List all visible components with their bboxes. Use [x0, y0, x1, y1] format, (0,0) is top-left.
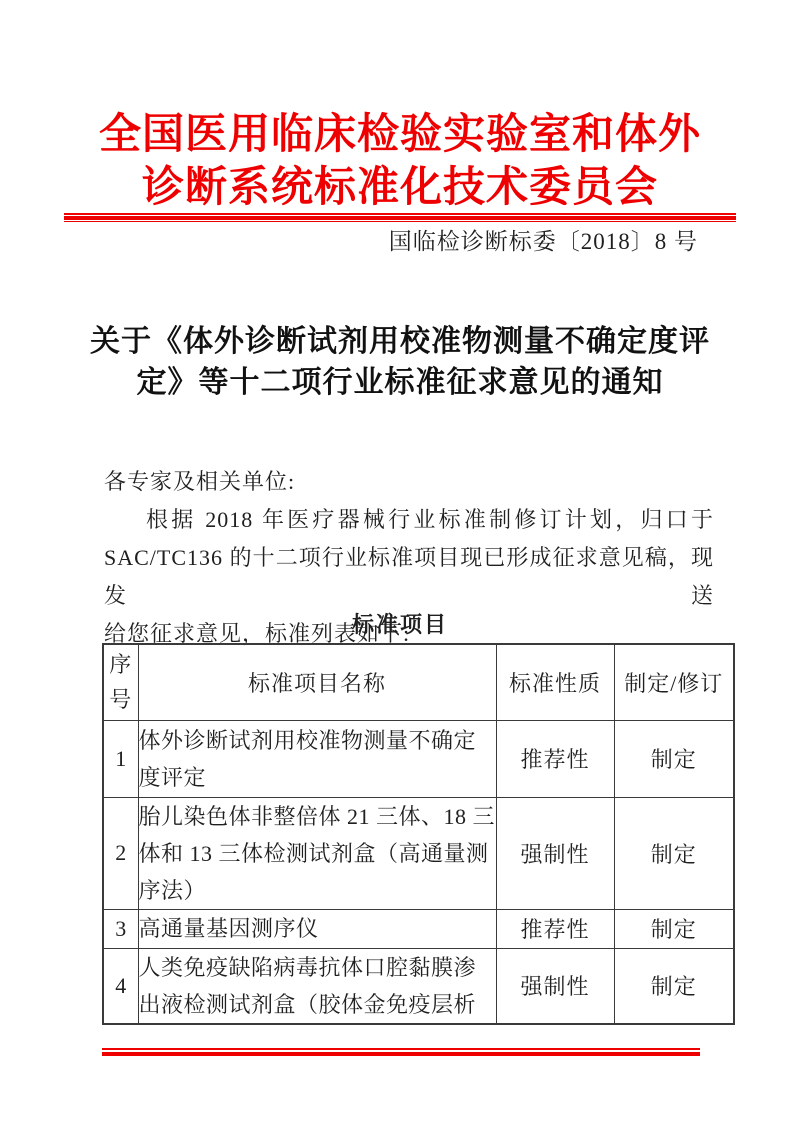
- table-row: 1 体外诊断试剂用校准物测量不确定 度评定 推荐性 制定: [103, 720, 734, 797]
- table-row: 4 人类免疫缺陷病毒抗体口腔黏膜渗 出液检测试剂盒（胶体金免疫层析 强制性 制定: [103, 948, 734, 1024]
- committee-name-line1: 全国医用临床检验实验室和体外: [0, 109, 800, 162]
- header-standard-nature: 标准性质: [496, 644, 614, 720]
- row2-name: 胎儿染色体非整倍体 21 三体、18 三 体和 13 三体检测试剂盒（高通量测 …: [138, 797, 496, 909]
- row1-nature: 推荐性: [496, 720, 614, 797]
- table-header-row: 序 号 标准项目名称 标准性质 制定/修订: [103, 644, 734, 720]
- table-title: 标准项目: [0, 608, 800, 639]
- row3-action: 制定: [614, 909, 734, 948]
- row3-name: 高通量基因测序仪: [138, 909, 496, 948]
- row4-serial: 4: [103, 948, 138, 1024]
- row1-serial: 1: [103, 720, 138, 797]
- row1-action: 制定: [614, 720, 734, 797]
- red-header-rule: [64, 213, 736, 222]
- notice-title-line1: 关于《体外诊断试剂用校准物测量不确定度评: [0, 321, 800, 362]
- document-number: 国临检诊断标委〔2018〕8 号: [389, 228, 698, 255]
- table-row: 2 胎儿染色体非整倍体 21 三体、18 三 体和 13 三体检测试剂盒（高通量…: [103, 797, 734, 909]
- row1-name: 体外诊断试剂用校准物测量不确定 度评定: [138, 720, 496, 797]
- header-action-type: 制定/修订: [614, 644, 734, 720]
- committee-name: 全国医用临床检验实验室和体外 诊断系统标准化技术委员会: [0, 109, 800, 215]
- row3-nature: 推荐性: [496, 909, 614, 948]
- row3-serial: 3: [103, 909, 138, 948]
- body-line-2: SAC/TC136 的十二项行业标准项目现已形成征求意见稿，现发送: [104, 539, 714, 615]
- table-row: 3 高通量基因测序仪 推荐性 制定: [103, 909, 734, 948]
- row2-nature: 强制性: [496, 797, 614, 909]
- header-project-name: 标准项目名称: [138, 644, 496, 720]
- row4-nature: 强制性: [496, 948, 614, 1024]
- body-line-1: 根据 2018 年医疗器械行业标准制修订计划，归口于: [104, 501, 714, 539]
- notice-title: 关于《体外诊断试剂用校准物测量不确定度评 定》等十二项行业标准征求意见的通知: [0, 321, 800, 403]
- committee-name-line2: 诊断系统标准化技术委员会: [0, 162, 800, 215]
- red-footer-rule: [102, 1048, 700, 1056]
- row4-name: 人类免疫缺陷病毒抗体口腔黏膜渗 出液检测试剂盒（胶体金免疫层析: [138, 948, 496, 1024]
- header-serial-number: 序 号: [103, 644, 138, 720]
- notice-title-line2: 定》等十二项行业标准征求意见的通知: [0, 362, 800, 403]
- row2-serial: 2: [103, 797, 138, 909]
- salutation: 各专家及相关单位:: [104, 463, 714, 501]
- row4-action: 制定: [614, 948, 734, 1024]
- standards-table: 序 号 标准项目名称 标准性质 制定/修订 1 体外诊断试剂用校准物测量不确定 …: [102, 643, 735, 1025]
- row2-action: 制定: [614, 797, 734, 909]
